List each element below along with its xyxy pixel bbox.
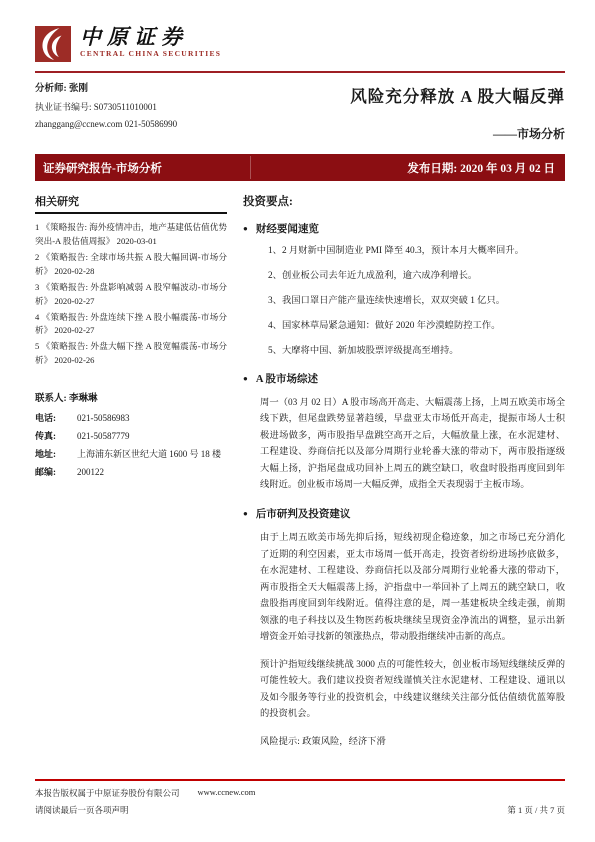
outlook-paragraph: 预计沪指短线继续挑战 3000 点的可能性较大，创业板市场短线继续反弹的可能性较… xyxy=(260,657,565,723)
section-outlook-title: 后市研判及投资建议 xyxy=(256,506,351,521)
related-research-item: 4 《策略报告: 外盘连续下挫 A 股小幅震荡-市场分析》 2020-02-27 xyxy=(35,311,227,339)
address-label: 地址: xyxy=(35,445,77,463)
key-points-heading: 投资要点: xyxy=(243,193,565,209)
report-page: 中原证券 CENTRAL CHINA SECURITIES 分析师: 张刚 执业… xyxy=(0,0,595,842)
address-value: 上海浦东新区世纪大道 1600 号 18 楼 xyxy=(77,445,221,463)
banner-divider xyxy=(250,156,251,179)
news-item: 1、2 月财新中国制造业 PMI 降至 40.3，预计本月大概率回升。 xyxy=(268,245,565,259)
footer-copyright: 本报告版权属于中原证券股份有限公司 xyxy=(35,787,180,799)
logo-cn-text: 中原证券 xyxy=(80,26,221,49)
fax-value: 021-50587779 xyxy=(77,427,130,445)
title-block: 风险充分释放 A 股大幅反弹 ——市场分析 xyxy=(350,80,565,148)
contact-row-fax: 传真: 021-50587779 xyxy=(35,427,227,445)
contact-row-address: 地址: 上海浦东新区世纪大道 1600 号 18 楼 xyxy=(35,445,227,463)
related-research-list: 1 《策略报告: 海外疫情冲击，地产基建低估值优势突出-A 股估值周报》 202… xyxy=(35,221,227,368)
report-subtitle: ——市场分析 xyxy=(350,125,565,142)
analyst-info: 分析师: 张刚 执业证书编号: S0730511010001 zhanggang… xyxy=(35,80,177,148)
sidebar: 相关研究 1 《策略报告: 海外疫情冲击，地产基建低估值优势突出-A 股估值周报… xyxy=(35,193,227,762)
logo-en-text: CENTRAL CHINA SECURITIES xyxy=(80,49,221,58)
contact-row-phone: 电话: 021-50586983 xyxy=(35,409,227,427)
report-type-banner: 证券研究报告-市场分析 发布日期: 2020 年 03 月 02 日 xyxy=(35,154,565,181)
news-item: 3、我国口罩日产能产量连续快速增长，双双突破 1 亿只。 xyxy=(268,295,565,309)
banner-publish-date: 发布日期: 2020 年 03 月 02 日 xyxy=(407,160,555,176)
related-research-item: 2 《策略报告: 全球市场共振 A 股大幅回调-市场分析》 2020-02-28 xyxy=(35,251,227,279)
zipcode-value: 200122 xyxy=(77,463,104,481)
outlook-paragraph: 由于上周五欧美市场先抑后扬，短线初现企稳迹象，加之市场已充分消化了近期的利空因素… xyxy=(260,530,565,646)
bullet-icon: ● xyxy=(243,224,248,233)
contact-person: 联系人: 李琳琳 xyxy=(35,390,227,409)
analyst-contact: zhanggang@ccnew.com 021-50586990 xyxy=(35,116,177,134)
related-research-item: 1 《策略报告: 海外疫情冲击，地产基建低估值优势突出-A 股估值周报》 202… xyxy=(35,221,227,249)
related-research-item: 5 《策略报告: 外盘大幅下挫 A 股宽幅震荡-市场分析》 2020-02-26 xyxy=(35,340,227,368)
phone-value: 021-50586983 xyxy=(77,409,130,427)
related-research-heading: 相关研究 xyxy=(35,193,227,214)
company-logo-icon xyxy=(35,26,71,62)
contact-row-zipcode: 邮编: 200122 xyxy=(35,463,227,481)
section-news: ● 财经要闻速览 1、2 月财新中国制造业 PMI 降至 40.3，预计本月大概… xyxy=(243,221,565,359)
fax-label: 传真: xyxy=(35,427,77,445)
banner-report-type: 证券研究报告-市场分析 xyxy=(43,160,162,176)
section-outlook: ● 后市研判及投资建议 由于上周五欧美市场先抑后扬，短线初现企稳迹象，加之市场已… xyxy=(243,506,565,751)
contact-block: 联系人: 李琳琳 电话: 021-50586983 传真: 021-505877… xyxy=(35,390,227,481)
news-item: 2、创业板公司去年近九成盈利，逾六成净利增长。 xyxy=(268,270,565,284)
news-item: 5、大摩将中国、新加坡股票评级提高至增持。 xyxy=(268,345,565,359)
section-news-title: 财经要闻速览 xyxy=(256,221,319,236)
header-divider xyxy=(35,71,565,73)
footer-disclaimer: 请阅读最后一页各项声明 xyxy=(35,804,129,816)
company-logo: 中原证券 CENTRAL CHINA SECURITIES xyxy=(35,26,565,66)
risk-note: 风险提示: 政策风险，经济下滑 xyxy=(260,734,565,751)
page-footer: 本报告版权属于中原证券股份有限公司 www.ccnew.com 请阅读最后一页各… xyxy=(35,779,565,816)
news-item: 4、国家林草局紧急通知：做好 2020 年沙漠蝗防控工作。 xyxy=(268,320,565,334)
phone-label: 电话: xyxy=(35,409,77,427)
report-title: 风险充分释放 A 股大幅反弹 xyxy=(350,83,565,107)
analyst-name: 分析师: 张刚 xyxy=(35,80,177,99)
market-summary-paragraph: 周一（03 月 02 日）A 股市场高开高走、大幅震荡上扬，上周五欧美市场全线下… xyxy=(260,395,565,494)
contact-person-name: 李琳琳 xyxy=(69,394,98,404)
related-research-item: 3 《策略报告: 外盘影响减弱 A 股窄幅波动-市场分析》 2020-02-27 xyxy=(35,281,227,309)
bullet-icon: ● xyxy=(243,509,248,518)
analyst-cert-number: 执业证书编号: S0730511010001 xyxy=(35,99,177,117)
section-market-title: A 股市场综述 xyxy=(256,371,318,386)
zipcode-label: 邮编: xyxy=(35,463,77,481)
bullet-icon: ● xyxy=(243,374,248,383)
footer-website: www.ccnew.com xyxy=(198,787,256,799)
contact-person-label: 联系人: xyxy=(35,394,67,404)
logo-text: 中原证券 CENTRAL CHINA SECURITIES xyxy=(80,26,221,58)
report-body: 投资要点: ● 财经要闻速览 1、2 月财新中国制造业 PMI 降至 40.3，… xyxy=(243,193,565,762)
footer-page-number: 第 1 页 / 共 7 页 xyxy=(507,804,565,816)
section-market-summary: ● A 股市场综述 周一（03 月 02 日）A 股市场高开高走、大幅震荡上扬，… xyxy=(243,371,565,494)
